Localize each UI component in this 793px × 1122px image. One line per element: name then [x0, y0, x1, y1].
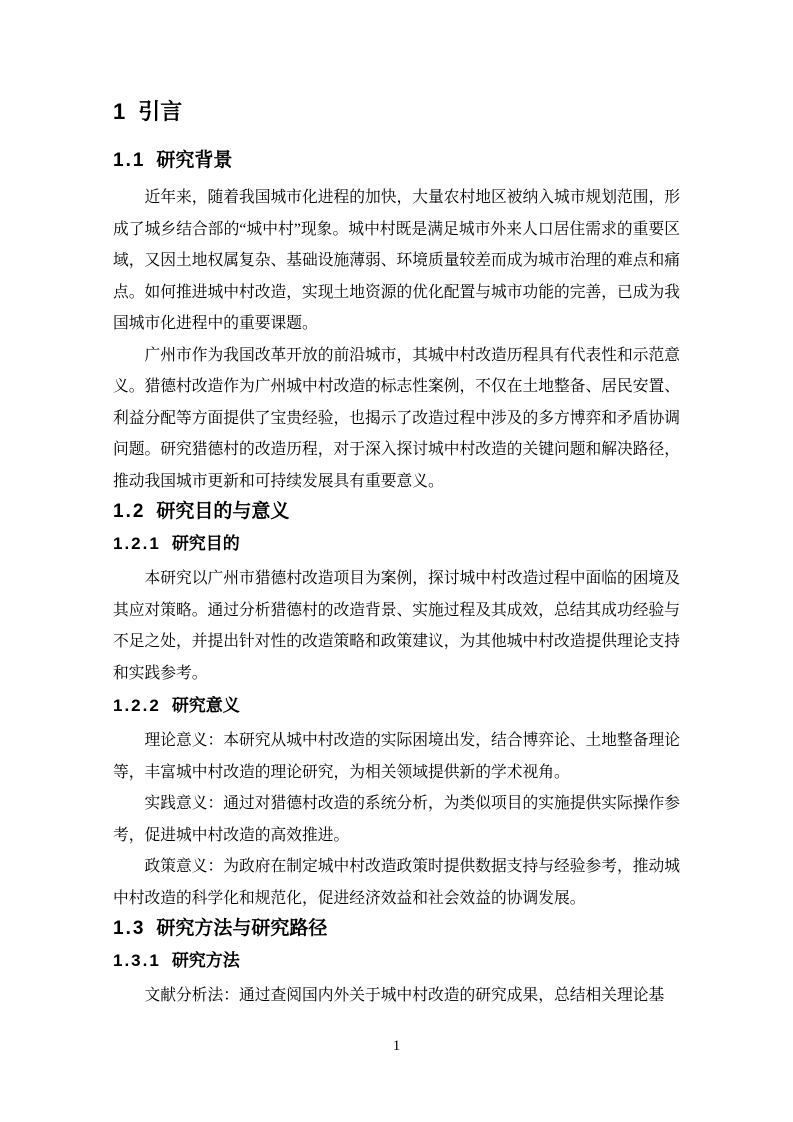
- heading-1-3-1-research-methods: 1.3.1研究方法: [113, 950, 680, 972]
- paragraph-research-purpose: 本研究以广州市猎德村改造项目为案例，探讨城中村改造过程中面临的困境及其应对策略。…: [113, 563, 680, 689]
- heading-title: 引言: [138, 99, 182, 124]
- heading-1-2-1-research-purpose: 1.2.1研究目的: [113, 533, 680, 555]
- paragraph-guangzhou-liede-case: 广州市作为我国改革开放的前沿城市，其城中村改造历程具有代表性和示范意义。猎德村改…: [113, 340, 680, 498]
- page-number: 1: [0, 1036, 793, 1056]
- paragraph-urbanization-background: 近年来，随着我国城市化进程的加快，大量农村地区被纳入城市规划范围，形成了城乡结合…: [113, 182, 680, 340]
- paragraph-literature-analysis-method: 文献分析法：通过查阅国内外关于城中村改造的研究成果，总结相关理论基: [113, 980, 680, 1012]
- heading-number: 1.2.2: [113, 696, 161, 715]
- heading-1-1-research-background: 1.1研究背景: [113, 148, 680, 174]
- heading-title: 研究方法: [172, 951, 240, 970]
- heading-title: 研究方法与研究路径: [156, 918, 327, 939]
- heading-number: 1.1: [113, 150, 145, 171]
- heading-number: 1.3: [113, 918, 145, 939]
- heading-number: 1.2: [113, 501, 145, 522]
- heading-number: 1: [113, 99, 125, 124]
- heading-1-2-2-research-significance: 1.2.2研究意义: [113, 695, 680, 717]
- heading-number: 1.3.1: [113, 951, 161, 970]
- heading-title: 研究目的: [172, 534, 240, 553]
- heading-1-3-methods-and-path: 1.3研究方法与研究路径: [113, 916, 680, 942]
- paragraph-policy-significance: 政策意义：为政府在制定城中村改造政策时提供数据支持与经验参考，推动城中村改造的科…: [113, 851, 680, 914]
- heading-title: 研究背景: [156, 150, 232, 171]
- heading-title: 研究目的与意义: [156, 501, 289, 522]
- heading-chapter-1-intro: 1引言: [113, 98, 680, 126]
- document-page: 1引言 1.1研究背景 近年来，随着我国城市化进程的加快，大量农村地区被纳入城市…: [0, 0, 793, 1122]
- paragraph-practical-significance: 实践意义：通过对猎德村改造的系统分析，为类似项目的实施提供实际操作参考，促进城中…: [113, 788, 680, 851]
- heading-1-2-purpose-and-significance: 1.2研究目的与意义: [113, 499, 680, 525]
- heading-number: 1.2.1: [113, 534, 161, 553]
- heading-title: 研究意义: [172, 696, 240, 715]
- paragraph-theoretical-significance: 理论意义：本研究从城中村改造的实际困境出发，结合博弈论、土地整备理论等，丰富城中…: [113, 725, 680, 788]
